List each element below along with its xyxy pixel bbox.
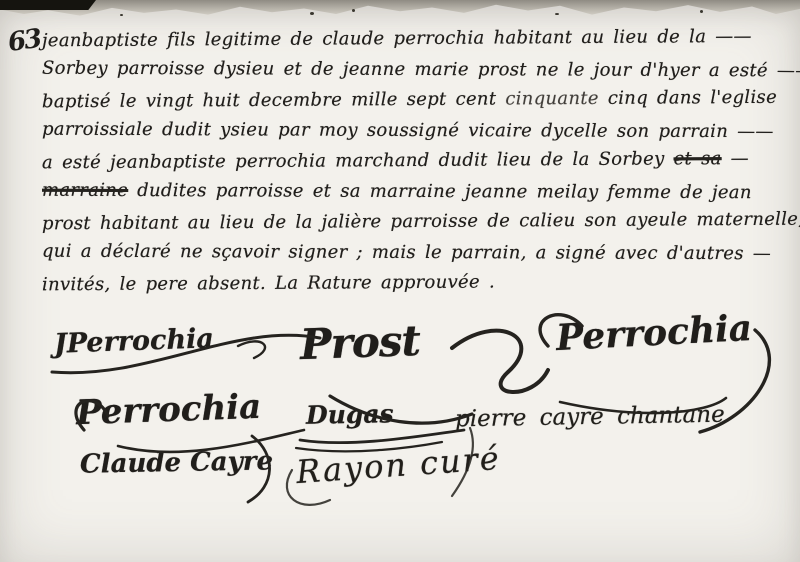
struck-word: marraine xyxy=(42,179,128,200)
record-text: jeanbaptiste fils legitime de claude per… xyxy=(42,24,790,299)
manuscript-line: marraine dudites parroisse et sa marrain… xyxy=(42,175,790,208)
line-text: Sorbey parroisse dysieu et de jeanne mar… xyxy=(42,57,800,81)
ink-speck xyxy=(700,10,703,13)
line-text: baptisé le vingt huit decembre mille sep… xyxy=(42,88,505,112)
line-text: jeanbaptiste fils legitime de claude per… xyxy=(42,26,752,51)
signature-text: Claude Cayre xyxy=(80,446,273,479)
signature-pierre-cayre: pierre cayre chantane xyxy=(455,402,725,433)
signature-text: Prost xyxy=(299,316,420,369)
line-text: dudites parroisse et sa marraine jeanne … xyxy=(128,179,752,202)
margin-entry-number: 63 xyxy=(6,24,42,58)
line-text: invités, le pere absent. La Rature appro… xyxy=(42,272,495,296)
faded-word: cinquante xyxy=(505,88,599,110)
signature-text: Dugas xyxy=(306,399,394,430)
signature-text: Perrochia xyxy=(555,307,753,359)
line-text: prost habitant au lieu de la jalière par… xyxy=(42,209,800,235)
manuscript-line: a esté jeanbaptiste perrochia marchand d… xyxy=(42,144,790,179)
signature-claude-cayre: Claude Cayre xyxy=(80,446,273,479)
line-text: qui a déclaré ne sçavoir signer ; mais l… xyxy=(42,240,771,264)
signature-text: pierre cayre chantane xyxy=(455,402,725,433)
line-text: parroissiale dudit ysieu par moy soussig… xyxy=(42,118,774,142)
ink-speck xyxy=(555,13,559,15)
manuscript-line: jeanbaptiste fils legitime de claude per… xyxy=(42,22,790,57)
signature-text: JPerrochia xyxy=(54,323,215,360)
signature-dugas: Dugas xyxy=(306,399,394,430)
scanned-baptism-record: 63 jeanbaptiste fils legitime de claude … xyxy=(0,0,800,562)
signature-rayon-cure: Rayon curé xyxy=(295,439,502,491)
manuscript-line: baptisé le vingt huit decembre mille sep… xyxy=(42,83,790,118)
manuscript-line: prost habitant au lieu de la jalière par… xyxy=(42,205,790,240)
ink-speck xyxy=(310,12,314,15)
line-text: — xyxy=(722,148,749,169)
signature-perrochia-mid-left: Perrochia xyxy=(75,387,261,433)
manuscript-line: invités, le pere absent. La Rature appro… xyxy=(42,266,790,301)
struck-word: et sa xyxy=(673,148,721,169)
manuscript-line: qui a déclaré ne sçavoir signer ; mais l… xyxy=(42,236,790,269)
signature-prost: Prost xyxy=(299,316,420,369)
line-text: cinq dans l'eglise xyxy=(599,87,777,109)
ink-speck xyxy=(352,9,355,12)
signature-text: Rayon curé xyxy=(295,439,502,491)
scan-corner-artifact xyxy=(0,0,96,10)
manuscript-line: Sorbey parroisse dysieu et de jeanne mar… xyxy=(42,53,790,86)
signature-jperrochia: JPerrochia xyxy=(54,323,215,360)
signature-text: Perrochia xyxy=(75,387,261,433)
signature-perrochia-top-right: Perrochia xyxy=(555,307,753,359)
line-text: a esté jeanbaptiste perrochia marchand d… xyxy=(42,148,674,173)
manuscript-line: parroissiale dudit ysieu par moy soussig… xyxy=(42,114,790,147)
ink-speck xyxy=(120,14,123,16)
